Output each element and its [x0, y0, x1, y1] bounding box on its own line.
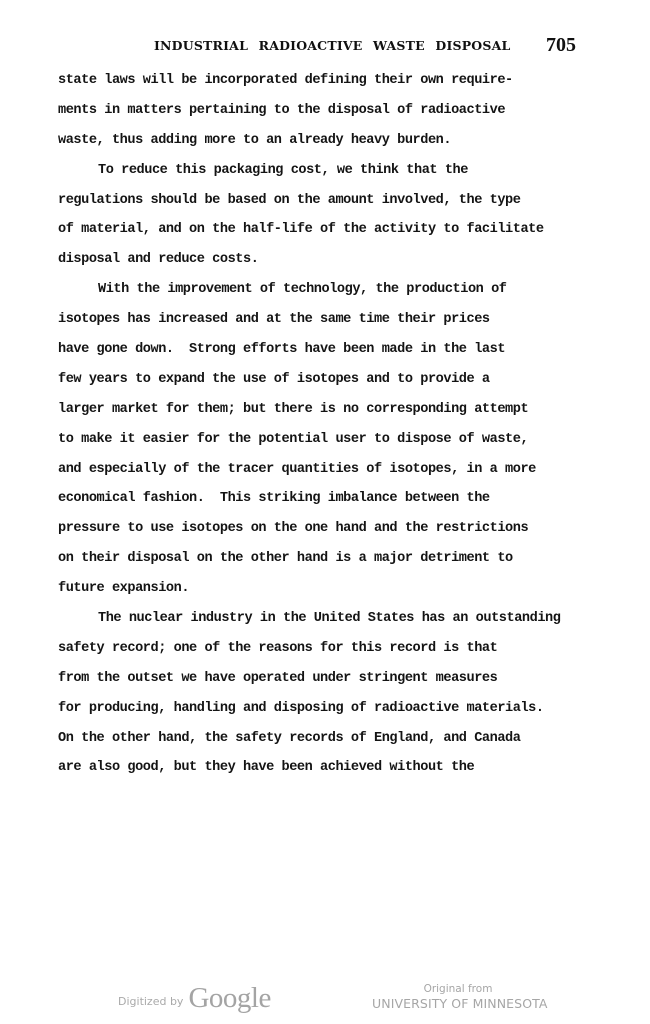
text-line: for producing, handling and disposing of… — [58, 694, 618, 724]
text-line: economical fashion. This striking imbala… — [58, 484, 618, 514]
digitized-by-label: Digitized by — [118, 995, 183, 1013]
text-line: few years to expand the use of isotopes … — [58, 365, 618, 395]
paragraph: With the improvement of technology, the … — [58, 275, 618, 604]
text-line: waste, thus adding more to an already he… — [58, 126, 618, 156]
paragraph: To reduce this packaging cost, we think … — [58, 156, 618, 276]
text-line: ments in matters pertaining to the dispo… — [58, 96, 618, 126]
text-line: from the outset we have operated under s… — [58, 664, 618, 694]
text-line: on their disposal on the other hand is a… — [58, 544, 618, 574]
paragraph: state laws will be incorporated defining… — [58, 66, 618, 156]
text-line: To reduce this packaging cost, we think … — [58, 156, 618, 186]
text-line: state laws will be incorporated defining… — [58, 66, 618, 96]
original-from-watermark: Original from UNIVERSITY OF MINNESOTA — [372, 983, 544, 1012]
text-line: On the other hand, the safety records of… — [58, 724, 618, 754]
running-head: INDUSTRIAL RADIOACTIVE WASTE DISPOSAL — [154, 38, 511, 53]
text-line: With the improvement of technology, the … — [58, 275, 618, 305]
original-from-label: Original from — [372, 983, 544, 996]
text-line: pressure to use isotopes on the one hand… — [58, 514, 618, 544]
text-line: regulations should be based on the amoun… — [58, 186, 618, 216]
text-line: future expansion. — [58, 574, 618, 604]
text-line: larger market for them; but there is no … — [58, 395, 618, 425]
google-logo: Google — [188, 984, 270, 1013]
paragraph: The nuclear industry in the United State… — [58, 604, 618, 783]
body-text: state laws will be incorporated defining… — [58, 66, 618, 783]
text-line: of material, and on the half-life of the… — [58, 215, 618, 245]
text-line: disposal and reduce costs. — [58, 245, 618, 275]
text-line: isotopes has increased and at the same t… — [58, 305, 618, 335]
institution-name: UNIVERSITY OF MINNESOTA — [372, 996, 544, 1012]
text-line: safety record; one of the reasons for th… — [58, 634, 618, 664]
digitized-by-watermark: Digitized by Google — [118, 984, 271, 1013]
text-line: have gone down. Strong efforts have been… — [58, 335, 618, 365]
page-number: 705 — [546, 34, 576, 57]
text-line: The nuclear industry in the United State… — [58, 604, 618, 634]
text-line: are also good, but they have been achiev… — [58, 753, 618, 783]
text-line: and especially of the tracer quantities … — [58, 455, 618, 485]
text-line: to make it easier for the potential user… — [58, 425, 618, 455]
